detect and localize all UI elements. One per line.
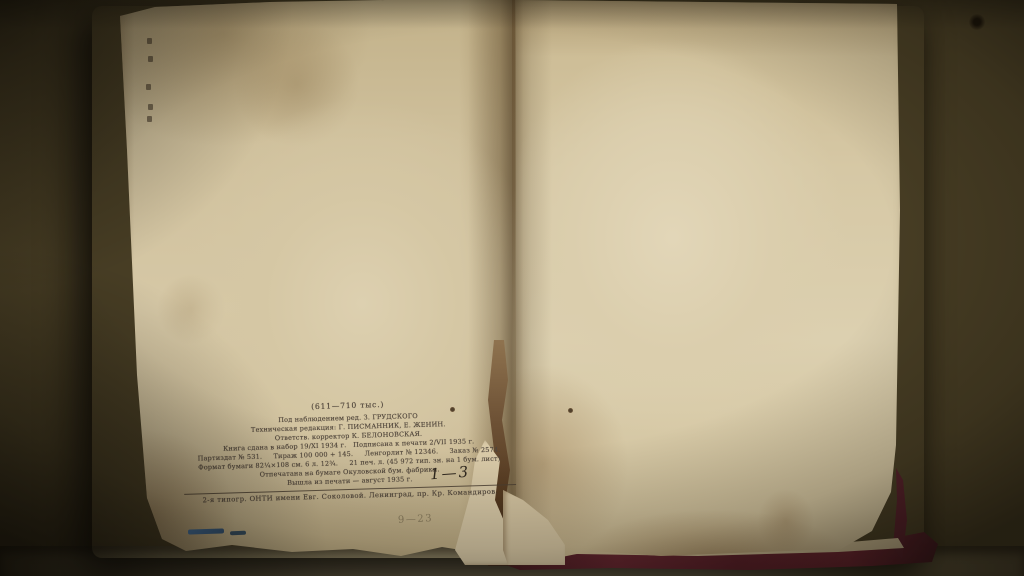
blue-pencil-streak	[230, 531, 246, 536]
colophon-block: (611—710 тыс.) Под наблюдением ред. З. Г…	[182, 396, 517, 506]
gutter-crease	[512, 0, 515, 345]
bleedthrough-marks	[144, 38, 156, 128]
bleedthrough-mark	[147, 38, 152, 44]
bleedthrough-mark	[147, 116, 152, 122]
wall-spot	[969, 14, 985, 30]
right-blank-page	[503, 0, 907, 566]
handwritten-ink-mark: 1—3	[429, 463, 470, 484]
wormhole-dot	[568, 408, 573, 413]
handwritten-pencil-mark: 9—23	[398, 513, 434, 526]
book-photo-scene: (611—710 тыс.) Под наблюдением ред. З. Г…	[0, 0, 1024, 576]
bleedthrough-mark	[148, 56, 153, 62]
bleedthrough-mark	[148, 104, 153, 110]
bleedthrough-mark	[146, 84, 151, 90]
